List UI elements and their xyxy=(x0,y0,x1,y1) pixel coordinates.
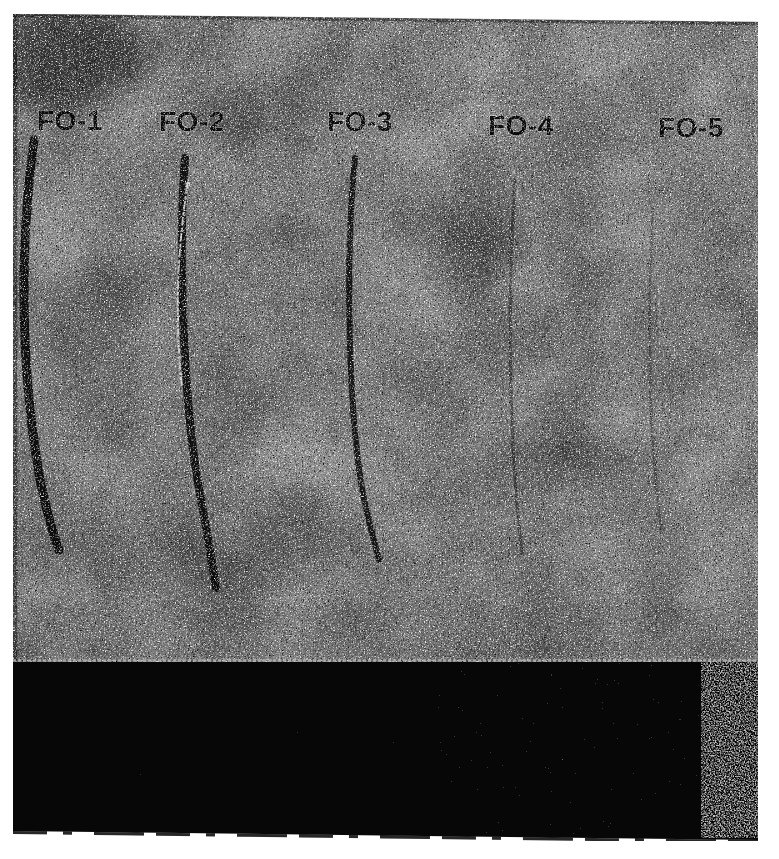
exposure-band-group xyxy=(13,662,758,841)
band-noise-right-edge xyxy=(701,662,758,838)
scanned-page: FO-1 FO-2 FO-3 FO-4 FO-5 xyxy=(0,0,779,859)
photo-figure: FO-1 FO-2 FO-3 FO-4 FO-5 xyxy=(13,14,758,841)
photo-canvas: FO-1 FO-2 FO-3 FO-4 FO-5 xyxy=(13,14,758,841)
film-grain-white xyxy=(13,14,758,662)
